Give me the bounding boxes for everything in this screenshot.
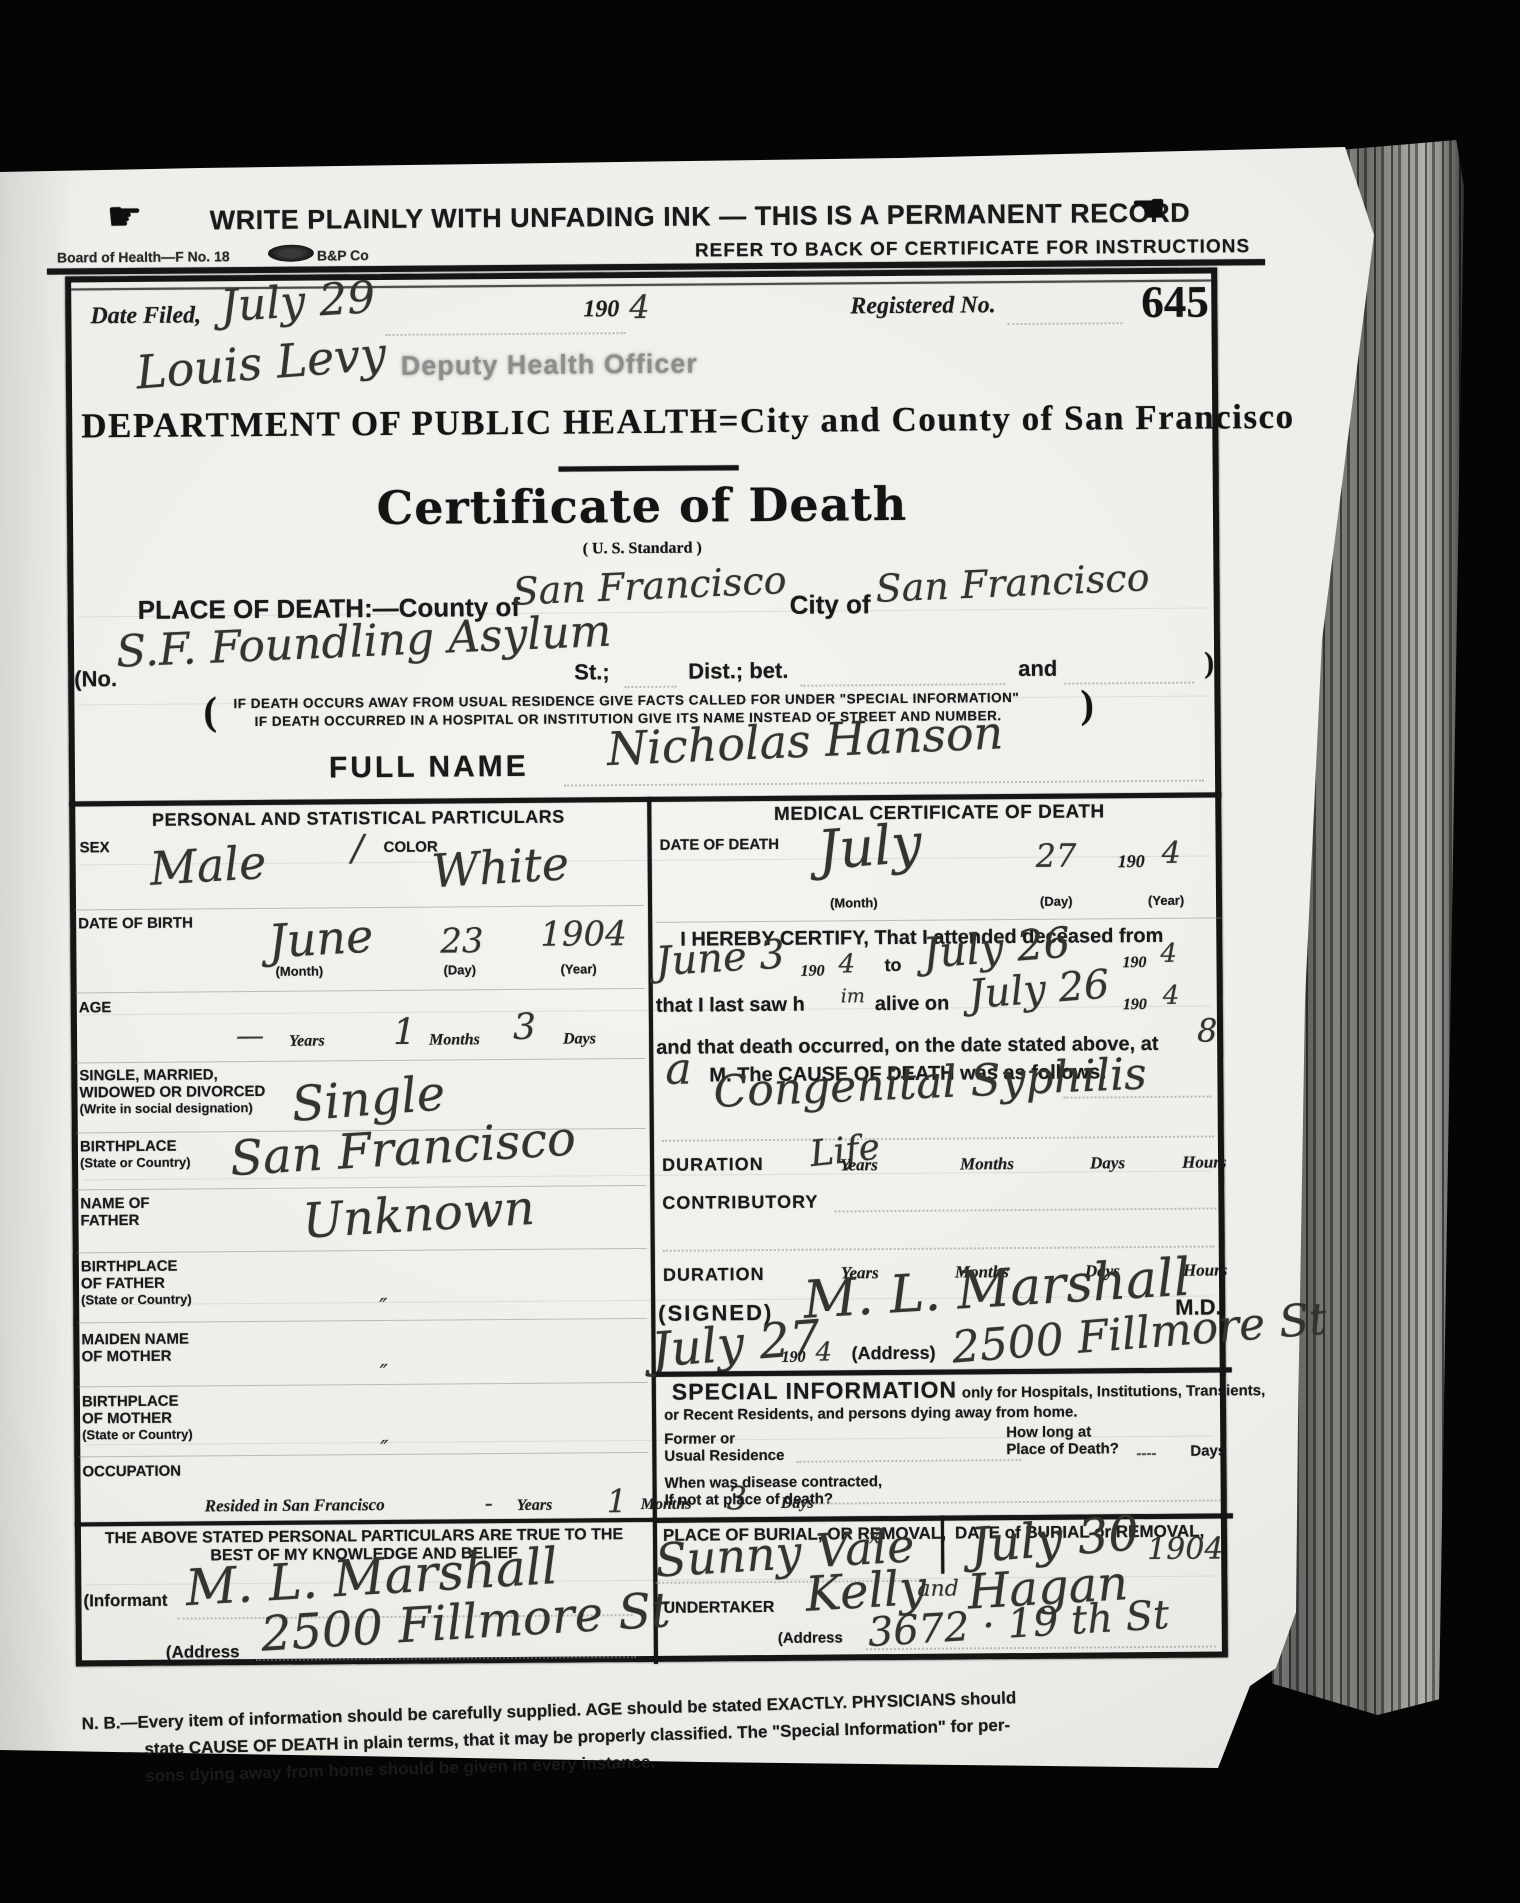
attended-from-date: June 3 xyxy=(654,934,786,985)
years-label: Years xyxy=(840,1156,878,1175)
meridiem-value: a xyxy=(665,1046,692,1094)
attended-to-year: 4 xyxy=(1160,940,1177,968)
date-of-death-label: DATE OF DEATH xyxy=(660,837,780,854)
form-number: Board of Health—F No. 18 xyxy=(57,249,230,265)
age-days-value: 3 xyxy=(513,1009,536,1048)
last-saw-year: 4 xyxy=(1163,982,1180,1010)
resided-label: Resided in San Francisco xyxy=(205,1496,385,1516)
duration-label: DURATION xyxy=(662,1155,764,1175)
last-saw-pre: that I last saw h xyxy=(656,995,805,1018)
attended-from-year: 4 xyxy=(838,950,855,978)
signed-year: 4 xyxy=(815,1339,832,1367)
open-paren: ( xyxy=(203,689,217,732)
date-filed-label: Date Filed, xyxy=(90,303,201,330)
mother-birthplace-label-2: OF MOTHER xyxy=(82,1411,172,1428)
certificate-content: ☛ WRITE PLAINLY WITH UNFADING INK — THIS… xyxy=(0,0,1520,1903)
death-hour-value: 8 xyxy=(1197,1013,1218,1048)
dob-year: 1904 xyxy=(540,916,627,953)
state-country-sublabel: (State or Country) xyxy=(80,1156,191,1171)
year-printed: 190 xyxy=(800,963,824,980)
informant-label: (Informant xyxy=(83,1592,167,1611)
disease-contracted-label-1: When was disease contracted, xyxy=(665,1474,883,1492)
date-filed-value: July 29 xyxy=(219,274,376,331)
months-label: Months xyxy=(429,1031,480,1049)
disease-contracted-label-2: If not at place of death? xyxy=(665,1492,833,1510)
birthplace-label: BIRTHPLACE xyxy=(80,1139,177,1156)
year-printed: 190 xyxy=(782,1349,806,1366)
day-sublabel: (Day) xyxy=(1040,895,1073,909)
street-label: St.; xyxy=(574,660,610,684)
close-paren: ) xyxy=(1080,682,1094,725)
year-sublabel: (Year) xyxy=(1148,894,1184,908)
marital-label-2: WIDOWED OR DIVORCED xyxy=(79,1084,265,1102)
years-label: Years xyxy=(517,1497,553,1515)
hours-label: Hours xyxy=(1182,1153,1227,1172)
scanned-death-certificate: ☛ WRITE PLAINLY WITH UNFADING INK — THIS… xyxy=(0,0,1520,1903)
special-info-title: SPECIAL INFORMATION xyxy=(672,1378,957,1405)
contributory-label: CONTRIBUTORY xyxy=(662,1193,818,1214)
special-info-note-2: or Recent Residents, and persons dying a… xyxy=(664,1405,1078,1424)
days-label: Days xyxy=(1090,1154,1125,1173)
burial-year-value: 1904 xyxy=(1147,1533,1224,1566)
former-residence-label-1: Former or xyxy=(664,1431,735,1448)
resided-years-value: - xyxy=(485,1491,493,1517)
banner-text: WRITE PLAINLY WITH UNFADING INK — THIS I… xyxy=(210,199,1191,236)
physician-address-label: (Address) xyxy=(851,1344,935,1364)
ditto-mark: ″ xyxy=(380,1362,388,1386)
day-sublabel: (Day) xyxy=(443,963,476,977)
how-long-label-2: Place of Death? xyxy=(1006,1441,1119,1458)
duration-2-label: DURATION xyxy=(663,1265,765,1285)
year-printed: 190 xyxy=(1118,852,1145,872)
special-info-note-1: only for Hospitals, Institutions, Transi… xyxy=(962,1383,1265,1402)
days-unit-label: Days xyxy=(1190,1443,1226,1459)
color-value: White xyxy=(430,839,570,897)
father-birthplace-label-1: BIRTHPLACE xyxy=(81,1259,178,1276)
footnote-block: N. B.—Every item of information should b… xyxy=(81,1684,1018,1791)
state-country-sublabel: (State or Country) xyxy=(82,1428,193,1443)
certificate-title: Certificate of Death xyxy=(82,478,1202,536)
pointing-hand-left-icon: ☚ xyxy=(1130,188,1166,231)
street-no-label: (No. xyxy=(74,667,117,691)
year-printed: 190 xyxy=(1122,954,1146,971)
dob-day: 23 xyxy=(440,923,484,960)
pointing-hand-right-icon: ☛ xyxy=(106,196,142,239)
resided-months-value: 1 xyxy=(607,1484,628,1519)
months-label: Months xyxy=(960,1155,1014,1174)
full-name-label: FULL NAME xyxy=(329,751,529,785)
press-mark: B&P Co xyxy=(317,248,369,264)
years-label: Years xyxy=(289,1032,325,1050)
close-paren: ) xyxy=(1204,647,1214,679)
dob-label: DATE OF BIRTH xyxy=(78,916,193,933)
date-of-death-day: 27 xyxy=(1036,839,1077,874)
mother-maiden-label-2: OF MOTHER xyxy=(82,1349,172,1366)
informant-address-label: (Address xyxy=(166,1643,240,1662)
district-label: Dist.; bet. xyxy=(688,659,788,684)
marital-label-3: (Write in social designation) xyxy=(80,1101,253,1116)
year-printed: 190 xyxy=(583,297,619,323)
age-months-value: 1 xyxy=(393,1014,416,1053)
ditto-mark: ″ xyxy=(379,1296,387,1320)
father-name-label-2: FATHER xyxy=(80,1213,139,1230)
to-label: to xyxy=(884,956,901,976)
dash-fill: ---- xyxy=(1136,1446,1156,1462)
sex-value: Male xyxy=(148,838,267,895)
city-label: City of xyxy=(790,590,871,619)
sex-label: SEX xyxy=(80,840,110,856)
blank-line xyxy=(624,686,676,688)
age-label: AGE xyxy=(79,1000,112,1016)
date-of-death-month: July xyxy=(815,814,923,880)
registered-number: 645 xyxy=(1141,278,1209,327)
and-label: and xyxy=(1018,657,1057,681)
last-saw-post: alive on xyxy=(875,994,950,1016)
refer-note: REFER TO BACK OF CERTIFICATE FOR INSTRUC… xyxy=(695,237,1250,262)
marital-label-1: SINGLE, MARRIED, xyxy=(79,1067,217,1084)
dob-month: June xyxy=(267,911,375,967)
mother-birthplace-label-1: BIRTHPLACE xyxy=(82,1394,179,1411)
year-printed: 190 xyxy=(1123,996,1147,1013)
undertaker-address-label: (Address xyxy=(778,1630,843,1647)
year-sublabel: (Year) xyxy=(560,962,596,976)
mother-maiden-label-1: MAIDEN NAME xyxy=(81,1332,189,1349)
undertaker-label: UNDERTAKER xyxy=(663,1599,774,1617)
last-saw-insert: im xyxy=(841,986,865,1007)
father-birthplace-label-2: OF FATHER xyxy=(81,1276,165,1293)
father-name-label-1: NAME OF xyxy=(80,1196,149,1213)
state-country-sublabel: (State or Country) xyxy=(81,1293,192,1308)
month-sublabel: (Month) xyxy=(830,896,878,910)
pen-stroke: / xyxy=(351,830,363,869)
date-of-death-year: 4 xyxy=(1162,838,1181,871)
registered-label: Registered No. xyxy=(850,293,996,320)
month-sublabel: (Month) xyxy=(275,964,323,978)
undertaker-and: and xyxy=(917,1578,959,1602)
days-label: Days xyxy=(563,1030,596,1048)
former-residence-label-2: Usual Residence xyxy=(664,1448,784,1465)
printer-stamp-icon xyxy=(263,244,319,262)
occupation-label: OCCUPATION xyxy=(82,1464,181,1481)
burial-place-mark: x xyxy=(869,1526,880,1548)
ditto-mark: ″ xyxy=(380,1438,388,1462)
officer-title-stamp: Deputy Health Officer xyxy=(401,350,698,381)
year-written: 4 xyxy=(629,290,650,325)
how-long-label-1: How long at xyxy=(1006,1424,1091,1441)
age-years-value: — xyxy=(236,1021,264,1051)
burial-column-divider xyxy=(941,1516,944,1574)
